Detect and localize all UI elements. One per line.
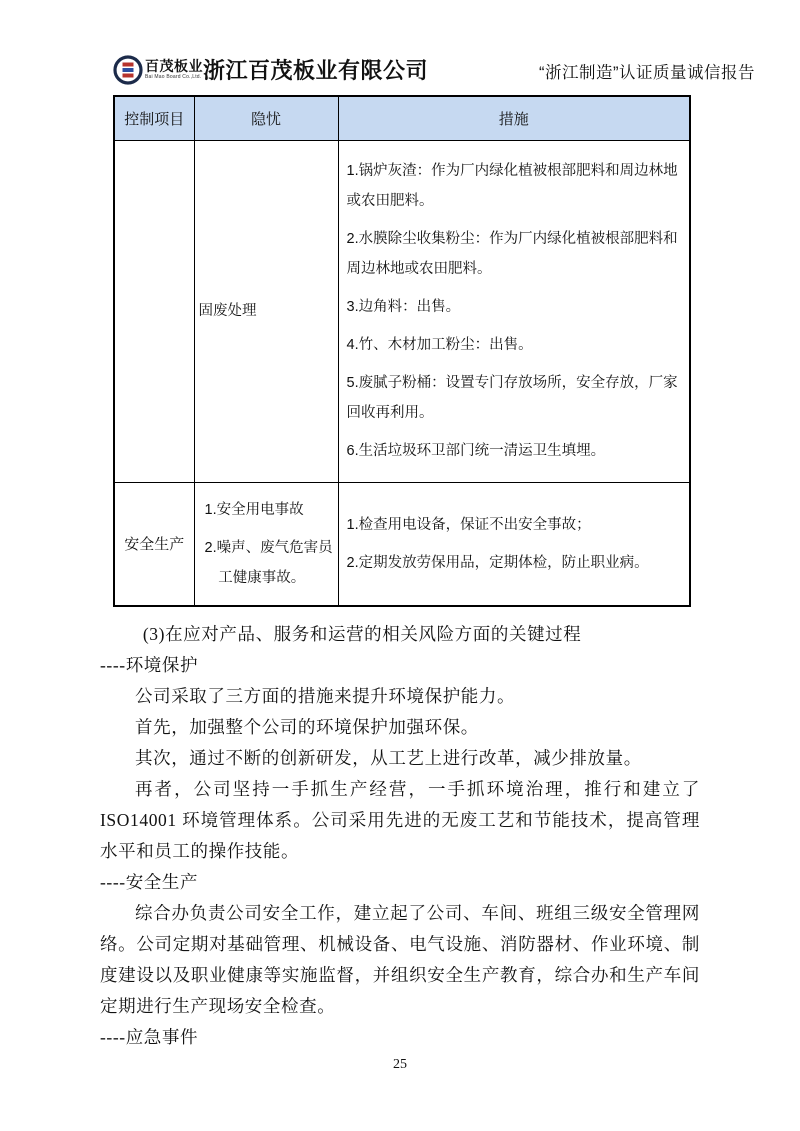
header-cell-measures: 措施 bbox=[338, 96, 690, 140]
measure-item: 1.锅炉灰渣：作为厂内绿化植被根部肥料和周边林地或农田肥料。 bbox=[347, 156, 686, 216]
measures-cell: 1.检查用电设备，保证不出安全事故； 2.定期发放劳保用品，定期体检，防止职业病… bbox=[338, 482, 690, 606]
paragraph-env-protection-heading: ----环境保护 bbox=[100, 650, 700, 681]
paragraph-three-measures: 公司采取了三方面的措施来提升环境保护能力。 bbox=[100, 681, 700, 712]
header-left: 百茂板业 Bai Mao Board Co.,Ltd. 浙江百茂板业有限公司 bbox=[113, 54, 428, 85]
measure-item: 1.检查用电设备，保证不出安全事故； bbox=[347, 510, 686, 540]
measure-item: 2.定期发放劳保用品，定期体检，防止职业病。 bbox=[347, 548, 686, 578]
header-cell-concern: 隐忧 bbox=[194, 96, 338, 140]
concern-item: 2.噪声、废气危害员工健康事故。 bbox=[205, 533, 334, 593]
paragraph-key-process: (3)在应对产品、服务和运营的相关风险方面的关键过程 bbox=[100, 619, 700, 650]
paragraph-second: 其次，通过不断的创新研发，从工艺上进行改革，减少排放量。 bbox=[100, 743, 700, 774]
concern-item: 固废处理 bbox=[199, 296, 334, 326]
paragraph-safety-body: 综合办负责公司安全工作，建立起了公司、车间、班组三级安全管理网络。公司定期对基础… bbox=[100, 898, 700, 1022]
logo-mark-icon bbox=[113, 55, 143, 85]
logo-subtitle: Bai Mao Board Co.,Ltd. bbox=[145, 75, 203, 80]
table-row-safety-production: 安全生产 1.安全用电事故 2.噪声、废气危害员工健康事故。 1.检查用电设备，… bbox=[114, 482, 690, 606]
logo-name: 百茂板业 bbox=[145, 59, 203, 73]
paragraph-first: 首先，加强整个公司的环境保护加强环保。 bbox=[100, 712, 700, 743]
page-header: 百茂板业 Bai Mao Board Co.,Ltd. 浙江百茂板业有限公司 “… bbox=[113, 54, 755, 85]
measure-item: 3.边角料：出售。 bbox=[347, 292, 686, 322]
measure-item: 4.竹、木材加工粉尘：出售。 bbox=[347, 330, 686, 360]
report-title: “浙江制造”认证质量诚信报告 bbox=[539, 59, 755, 85]
table-row-solid-waste: 固废处理 1.锅炉灰渣：作为厂内绿化植被根部肥料和周边林地或农田肥料。 2.水膜… bbox=[114, 140, 690, 482]
body-text: (3)在应对产品、服务和运营的相关风险方面的关键过程 ----环境保护 公司采取… bbox=[100, 619, 700, 1053]
concern-item: 1.安全用电事故 bbox=[205, 495, 334, 525]
company-name: 浙江百茂板业有限公司 bbox=[203, 54, 428, 85]
document-page: 百茂板业 Bai Mao Board Co.,Ltd. 浙江百茂板业有限公司 “… bbox=[0, 0, 800, 1131]
concern-cell: 1.安全用电事故 2.噪声、废气危害员工健康事故。 bbox=[194, 482, 338, 606]
concern-cell: 固废处理 bbox=[194, 140, 338, 482]
control-cell: 安全生产 bbox=[114, 482, 194, 606]
paragraph-safety-heading: ----安全生产 bbox=[100, 867, 700, 898]
paragraph-third: 再者，公司坚持一手抓生产经营，一手抓环境治理，推行和建立了ISO14001 环境… bbox=[100, 774, 700, 867]
measure-item: 5.废腻子粉桶：设置专门存放场所，安全存放，厂家回收再利用。 bbox=[347, 368, 686, 428]
page-number: 25 bbox=[0, 1057, 800, 1073]
control-measures-table: 控制项目 隐忧 措施 固废处理 1.锅炉灰渣：作为厂内绿化植被根部肥料和周边林地… bbox=[113, 95, 691, 607]
table-header-row: 控制项目 隐忧 措施 bbox=[114, 96, 690, 140]
measure-item: 6.生活垃圾环卫部门统一清运卫生填埋。 bbox=[347, 436, 686, 466]
paragraph-emergency-heading: ----应急事件 bbox=[100, 1022, 700, 1053]
control-cell-empty bbox=[114, 140, 194, 482]
measures-cell: 1.锅炉灰渣：作为厂内绿化植被根部肥料和周边林地或农田肥料。 2.水膜除尘收集粉… bbox=[338, 140, 690, 482]
measure-item: 2.水膜除尘收集粉尘：作为厂内绿化植被根部肥料和周边林地或农田肥料。 bbox=[347, 224, 686, 284]
company-logo: 百茂板业 Bai Mao Board Co.,Ltd. bbox=[113, 55, 203, 85]
logo-text: 百茂板业 Bai Mao Board Co.,Ltd. bbox=[145, 59, 203, 80]
header-cell-control-item: 控制项目 bbox=[114, 96, 194, 140]
